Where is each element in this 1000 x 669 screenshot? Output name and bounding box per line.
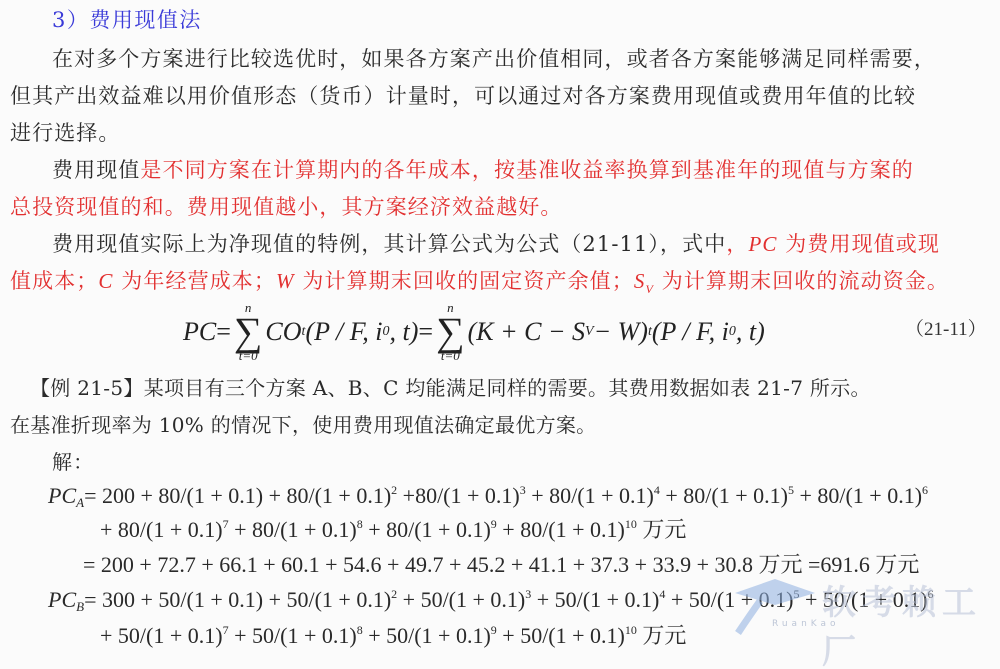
pca-terms: +80/(1 + 0.1) bbox=[397, 483, 520, 508]
i-subscript: 0 bbox=[729, 324, 736, 340]
formula-number: （21-11） bbox=[905, 314, 987, 341]
sum-lower-limit: t=0 bbox=[441, 349, 460, 363]
document-page: 3）费用现值法 在对多个方案进行比较选优时，如果各方案产出价值相同，或者各方案能… bbox=[0, 0, 1000, 669]
s-subscript: V bbox=[585, 324, 594, 340]
pcb-terms: + 50/(1 + 0.1) bbox=[799, 587, 927, 612]
discount-factor-end: , t) bbox=[390, 317, 419, 347]
pca-subscript: A bbox=[76, 495, 84, 510]
pcb-subscript: B bbox=[76, 599, 84, 614]
text-segment: 为年经营成本； bbox=[114, 269, 276, 293]
pcb-terms: = 300 + 50/(1 + 0.1) + 50/(1 + 0.1) bbox=[84, 587, 391, 612]
formula-intro-text: 费用现值实际上为净现值的特例，其计算公式为公式（21-11），式中 bbox=[52, 232, 726, 256]
pca-terms: + 80/(1 + 0.1) bbox=[794, 483, 922, 508]
pc-definition: 为费用现值或现 bbox=[778, 232, 940, 256]
discount-factor-end: , t) bbox=[736, 317, 765, 347]
unit: 万元 bbox=[637, 623, 687, 648]
comma: ， bbox=[726, 232, 748, 256]
paragraph-1-line-2: 但其产出效益难以用价值形态（货币）计量时，可以通过对各方案费用现值或费用年值的比… bbox=[10, 81, 916, 111]
pcb-terms: + 50/(1 + 0.1) bbox=[497, 623, 625, 648]
paragraph-2-line-1: 费用现值是不同方案在计算期内的各年成本，按基准收益率换算到基准年的现值与方案的 bbox=[52, 155, 914, 185]
formula-lhs: PC bbox=[183, 317, 216, 347]
pcb-terms: + 50/(1 + 0.1) bbox=[363, 623, 491, 648]
sum-lower-limit: t=0 bbox=[239, 349, 258, 363]
exponent: 10 bbox=[625, 517, 637, 531]
equals-sign: = bbox=[418, 317, 433, 347]
co-term: CO bbox=[265, 317, 301, 347]
cost-components-end: − W) bbox=[594, 317, 648, 347]
pca-terms: + 80/(1 + 0.1) bbox=[497, 517, 625, 542]
pcb-line-2: + 50/(1 + 0.1)7 + 50/(1 + 0.1)8 + 50/(1 … bbox=[100, 621, 686, 651]
variable-c: C bbox=[98, 269, 113, 293]
pca-terms: + 80/(1 + 0.1) bbox=[526, 483, 654, 508]
sigma-icon: ∑ bbox=[234, 315, 263, 349]
paragraph-1-line-3: 进行选择。 bbox=[10, 118, 121, 148]
cost-components: (K + C − S bbox=[468, 317, 585, 347]
paragraph-1-line-1: 在对多个方案进行比较选优时，如果各方案产出价值相同，或者各方案能够满足同样需要， bbox=[52, 44, 936, 74]
exponent: 10 bbox=[625, 623, 637, 637]
pcb-label: PC bbox=[48, 587, 76, 612]
pcb-terms: + 50/(1 + 0.1) bbox=[531, 587, 659, 612]
paragraph-3-line-1: 费用现值实际上为净现值的特例，其计算公式为公式（21-11），式中，PC 为费用… bbox=[52, 229, 940, 259]
text-segment: 为计算期末回收的固定资产余值； bbox=[295, 269, 634, 293]
watermark-subtext: RuanKao bbox=[772, 619, 840, 629]
text-segment: 值成本； bbox=[10, 269, 98, 293]
discount-factor: (P / F, i bbox=[305, 317, 382, 347]
pca-terms: + 80/(1 + 0.1) bbox=[100, 517, 223, 542]
variable-w: W bbox=[276, 269, 295, 293]
paragraph-2-line-2: 总投资现值的和。费用现值越小，其方案经济效益越好。 bbox=[10, 192, 563, 222]
pca-label: PC bbox=[48, 483, 76, 508]
variable-s: S bbox=[634, 269, 646, 293]
equals-sign: = bbox=[216, 317, 231, 347]
pca-terms: = 200 + 80/(1 + 0.1) + 80/(1 + 0.1) bbox=[84, 483, 391, 508]
unit: 万元 bbox=[637, 517, 687, 542]
pc-formula: PC = n ∑ t=0 COt (P / F, i0, t) = n ∑ t=… bbox=[183, 292, 765, 372]
pcb-terms: + 50/(1 + 0.1) bbox=[100, 623, 223, 648]
summation-2: n ∑ t=0 bbox=[436, 301, 465, 363]
summation-1: n ∑ t=0 bbox=[234, 301, 263, 363]
pca-result-line: = 200 + 72.7 + 66.1 + 60.1 + 54.6 + 49.7… bbox=[83, 550, 919, 580]
pca-line-2: + 80/(1 + 0.1)7 + 80/(1 + 0.1)8 + 80/(1 … bbox=[100, 515, 686, 545]
example-line-2: 在基准折现率为 10% 的情况下，使用费用现值法确定最优方案。 bbox=[10, 410, 596, 440]
pca-line-1: PCA= 200 + 80/(1 + 0.1) + 80/(1 + 0.1)2 … bbox=[48, 481, 928, 511]
section-heading: 3）费用现值法 bbox=[52, 5, 202, 35]
example-line-1: 【例 21-5】某项目有三个方案 A、B、C 均能满足同样的需要。其费用数据如表… bbox=[30, 373, 871, 403]
pca-terms: + 80/(1 + 0.1) bbox=[660, 483, 788, 508]
term-text: 费用现值 bbox=[52, 158, 140, 182]
pca-terms: + 80/(1 + 0.1) bbox=[229, 517, 357, 542]
pcb-terms: + 50/(1 + 0.1) bbox=[665, 587, 793, 612]
pcb-terms: + 50/(1 + 0.1) bbox=[397, 587, 525, 612]
i-subscript: 0 bbox=[383, 324, 390, 340]
pcb-terms: + 50/(1 + 0.1) bbox=[229, 623, 357, 648]
exponent: 6 bbox=[922, 483, 928, 497]
definition-highlight: 是不同方案在计算期内的各年成本，按基准收益率换算到基准年的现值与方案的 bbox=[140, 158, 914, 182]
variable-pc: PC bbox=[748, 232, 777, 256]
discount-factor: (P / F, i bbox=[652, 317, 729, 347]
pcb-line-1: PCB= 300 + 50/(1 + 0.1) + 50/(1 + 0.1)2 … bbox=[48, 585, 934, 615]
exponent: 6 bbox=[928, 587, 934, 601]
sigma-icon: ∑ bbox=[436, 315, 465, 349]
solution-label: 解： bbox=[52, 447, 94, 477]
text-segment: 为计算期末回收的流动资金。 bbox=[654, 269, 949, 293]
pca-terms: + 80/(1 + 0.1) bbox=[363, 517, 491, 542]
